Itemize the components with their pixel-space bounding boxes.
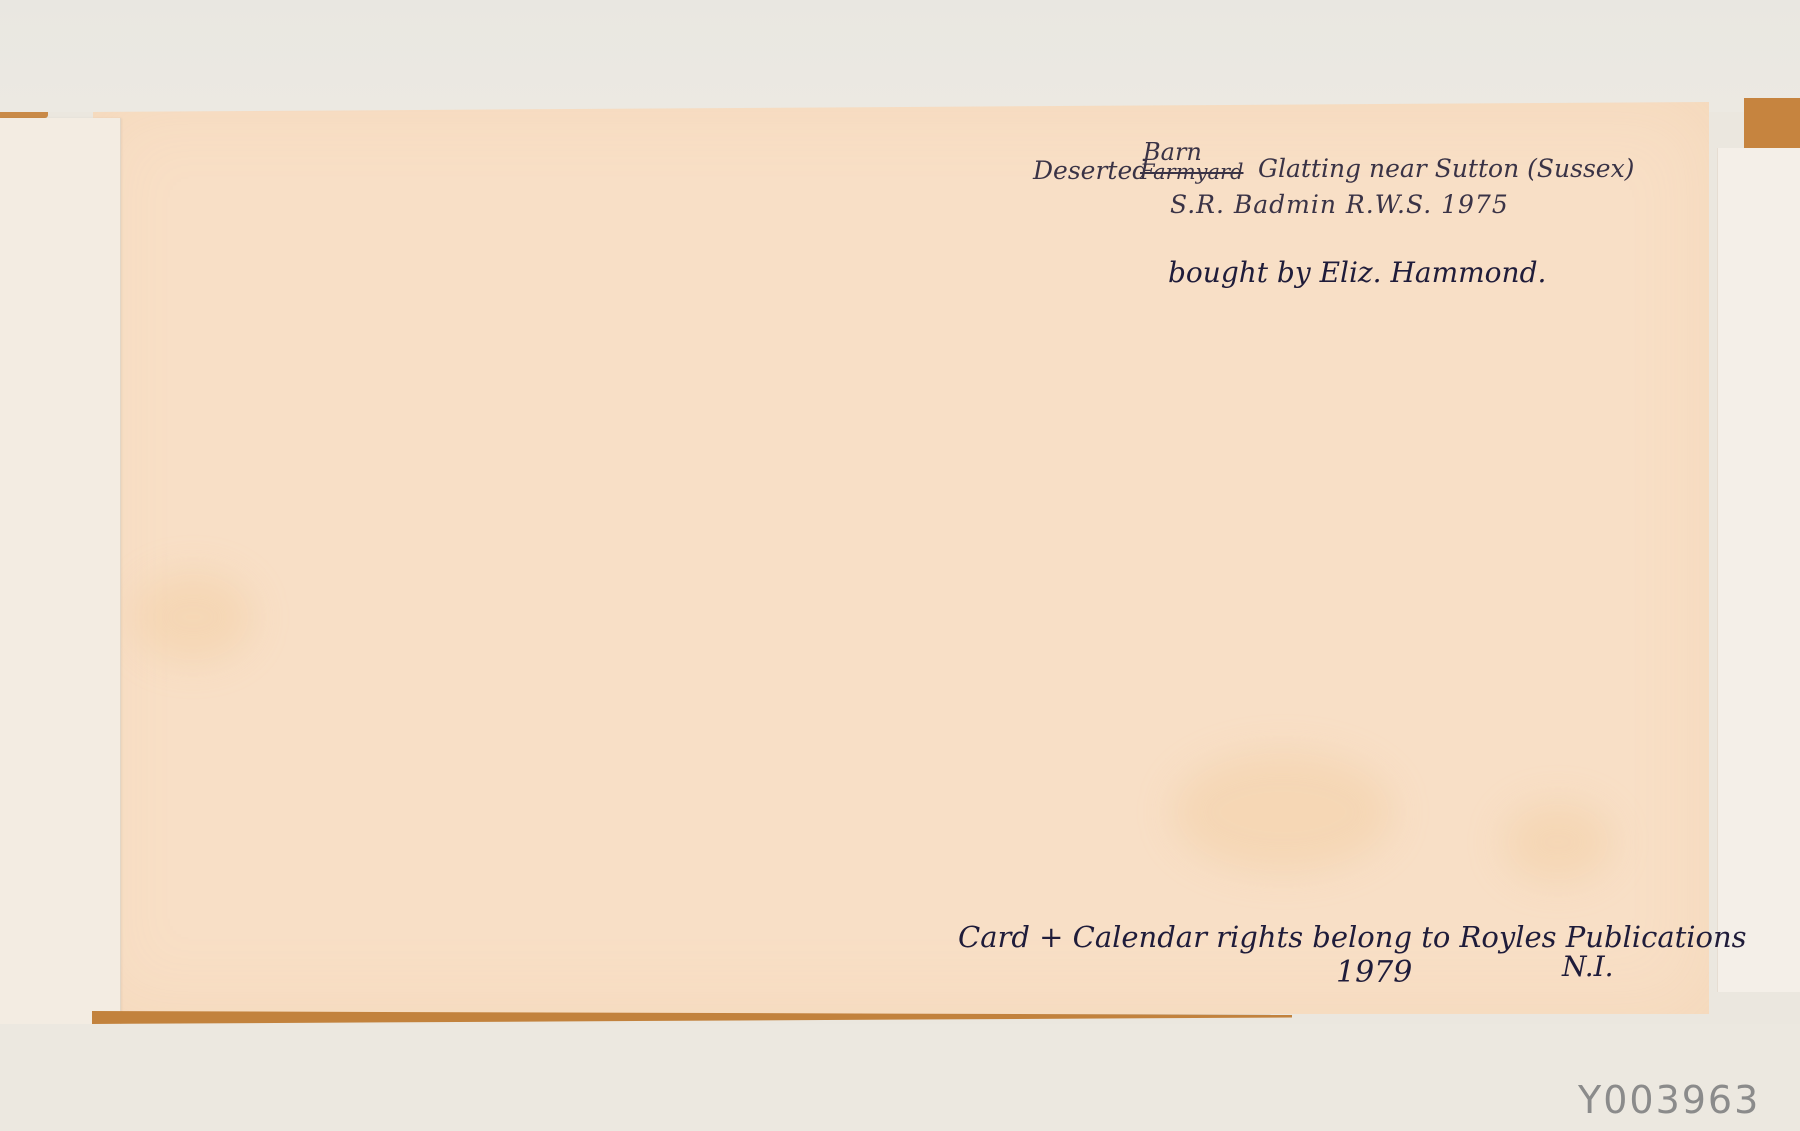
brown-tape-tab-top-right (1744, 98, 1800, 148)
paper-sheet (93, 102, 1709, 1014)
rights-note: Card + Calendar rights belong to Royles … (958, 920, 1747, 954)
rights-year: 1979 (1336, 955, 1412, 990)
struck-word: Farmyard (1140, 160, 1243, 184)
provenance-note: bought by Eliz. Hammond. (1168, 256, 1546, 289)
mount-board-top (0, 0, 1800, 112)
foxing-stain (1503, 802, 1613, 882)
catalogue-number: Y003963 (1578, 1078, 1760, 1122)
foxing-stain (1173, 752, 1393, 872)
title-prefix: Deserted (1033, 156, 1148, 185)
artist-signature-line: S.R. Badmin R.W.S. 1975 (1170, 190, 1509, 219)
foxing-stain (133, 572, 253, 662)
title-suffix: Glatting near Sutton (Sussex) (1258, 154, 1634, 183)
hinge-tape-left (0, 118, 121, 1041)
hinge-tape-right (1717, 148, 1800, 992)
mount-board-bottom (0, 1024, 1800, 1131)
rights-initials: N.I. (1562, 950, 1614, 983)
